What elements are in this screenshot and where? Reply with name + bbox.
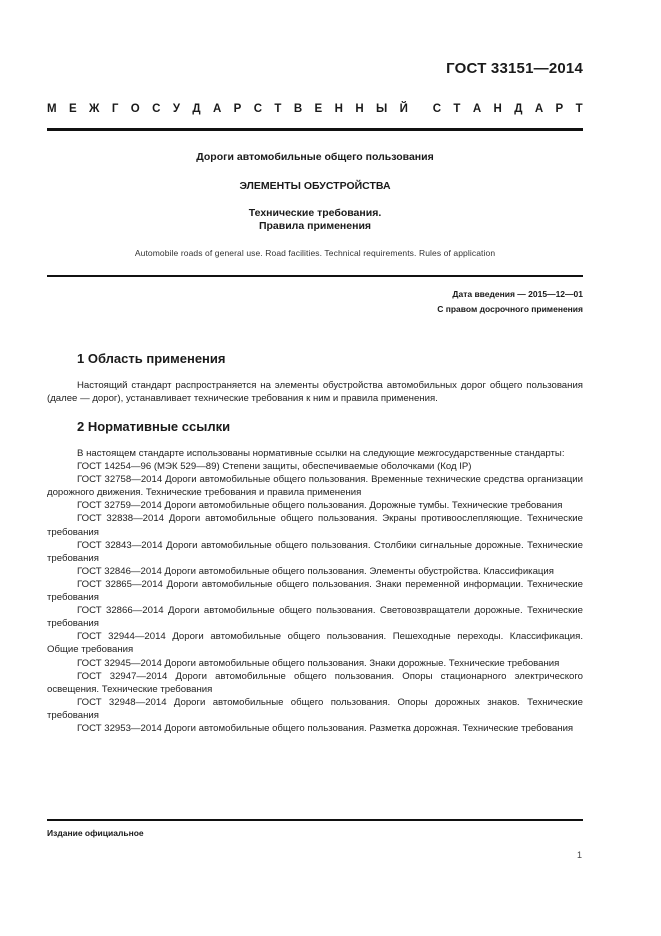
title-english: Automobile roads of general use. Road fa… (47, 248, 583, 258)
references-intro: В настоящем стандарте использованы норма… (47, 447, 583, 460)
banner-letter: Т (576, 103, 583, 115)
title-subtitle: Технические требования. Правила применен… (47, 207, 583, 233)
section-1-heading: 1 Область применения (77, 351, 226, 366)
banner-letter: С (152, 103, 160, 115)
banner-letter: М (47, 103, 57, 115)
banner-letter: Н (335, 103, 343, 115)
reference-item: ГОСТ 32953—2014 Дороги автомобильные общ… (47, 722, 583, 735)
banner-letter: Д (514, 103, 522, 115)
reference-item: ГОСТ 32944—2014 Дороги автомобильные общ… (47, 630, 583, 656)
top-divider (47, 128, 583, 131)
banner-letter: Р (234, 103, 242, 115)
banner-letter: Д (192, 103, 200, 115)
document-number: ГОСТ 33151—2014 (446, 60, 583, 77)
subtitle-line-1: Технические требования. (47, 207, 583, 220)
banner-letter: С (433, 103, 441, 115)
banner-letter: А (535, 103, 543, 115)
banner-letter: С (254, 103, 262, 115)
banner-letter: Т (274, 103, 281, 115)
interstate-standard-banner: МЕЖГОСУДАРСТВЕННЫЙ СТАНДАРТ (47, 103, 583, 115)
reference-item: ГОСТ 32843—2014 Дороги автомобильные общ… (47, 539, 583, 565)
reference-item: ГОСТ 32758—2014 Дороги автомобильные общ… (47, 473, 583, 499)
title-main: ЭЛЕМЕНТЫ ОБУСТРОЙСТВА (47, 180, 583, 192)
banner-letter: Е (69, 103, 77, 115)
banner-letter: Н (355, 103, 363, 115)
banner-letter: Ы (376, 103, 387, 115)
normative-references-list: В настоящем стандарте использованы норма… (47, 447, 583, 735)
title-road-type: Дороги автомобильные общего пользования (47, 151, 583, 163)
banner-letter: Й (400, 103, 408, 115)
banner-letter: У (173, 103, 180, 115)
reference-item: ГОСТ 14254—96 (МЭК 529—89) Степени защит… (47, 460, 583, 473)
banner-letter: Е (315, 103, 323, 115)
section-1-paragraph: Настоящий стандарт распространяется на э… (47, 380, 583, 404)
footer-divider (47, 819, 583, 821)
banner-letter: Г (112, 103, 119, 115)
banner-letter: Ж (89, 103, 99, 115)
introduction-date: Дата введения — 2015—12—01 (437, 287, 583, 302)
subtitle-line-2: Правила применения (47, 220, 583, 233)
reference-item: ГОСТ 32846—2014 Дороги автомобильные общ… (47, 565, 583, 578)
banner-letter: Т (453, 103, 460, 115)
reference-item: ГОСТ 32759—2014 Дороги автомобильные общ… (47, 499, 583, 512)
banner-letter: Н (494, 103, 502, 115)
banner-letter: В (294, 103, 302, 115)
official-edition-label: Издание официальное (47, 828, 144, 838)
title-divider (47, 275, 583, 277)
reference-item: ГОСТ 32947—2014 Дороги автомобильные общ… (47, 670, 583, 696)
reference-item: ГОСТ 32865—2014 Дороги автомобильные общ… (47, 578, 583, 604)
banner-letter: А (213, 103, 221, 115)
banner-letter: О (131, 103, 140, 115)
page-number: 1 (577, 850, 582, 860)
early-application-note: С правом досрочного применения (437, 302, 583, 317)
intro-meta: Дата введения — 2015—12—01 С правом доср… (437, 287, 583, 317)
reference-item: ГОСТ 32866—2014 Дороги автомобильные общ… (47, 604, 583, 630)
section-2-heading: 2 Нормативные ссылки (77, 419, 230, 434)
reference-item: ГОСТ 32838—2014 Дороги автомобильные общ… (47, 512, 583, 538)
banner-letter: Р (556, 103, 564, 115)
reference-item: ГОСТ 32948—2014 Дороги автомобильные общ… (47, 696, 583, 722)
reference-item: ГОСТ 32945—2014 Дороги автомобильные общ… (47, 657, 583, 670)
banner-letter: А (473, 103, 481, 115)
section-1-text: Настоящий стандарт распространяется на э… (47, 379, 583, 405)
